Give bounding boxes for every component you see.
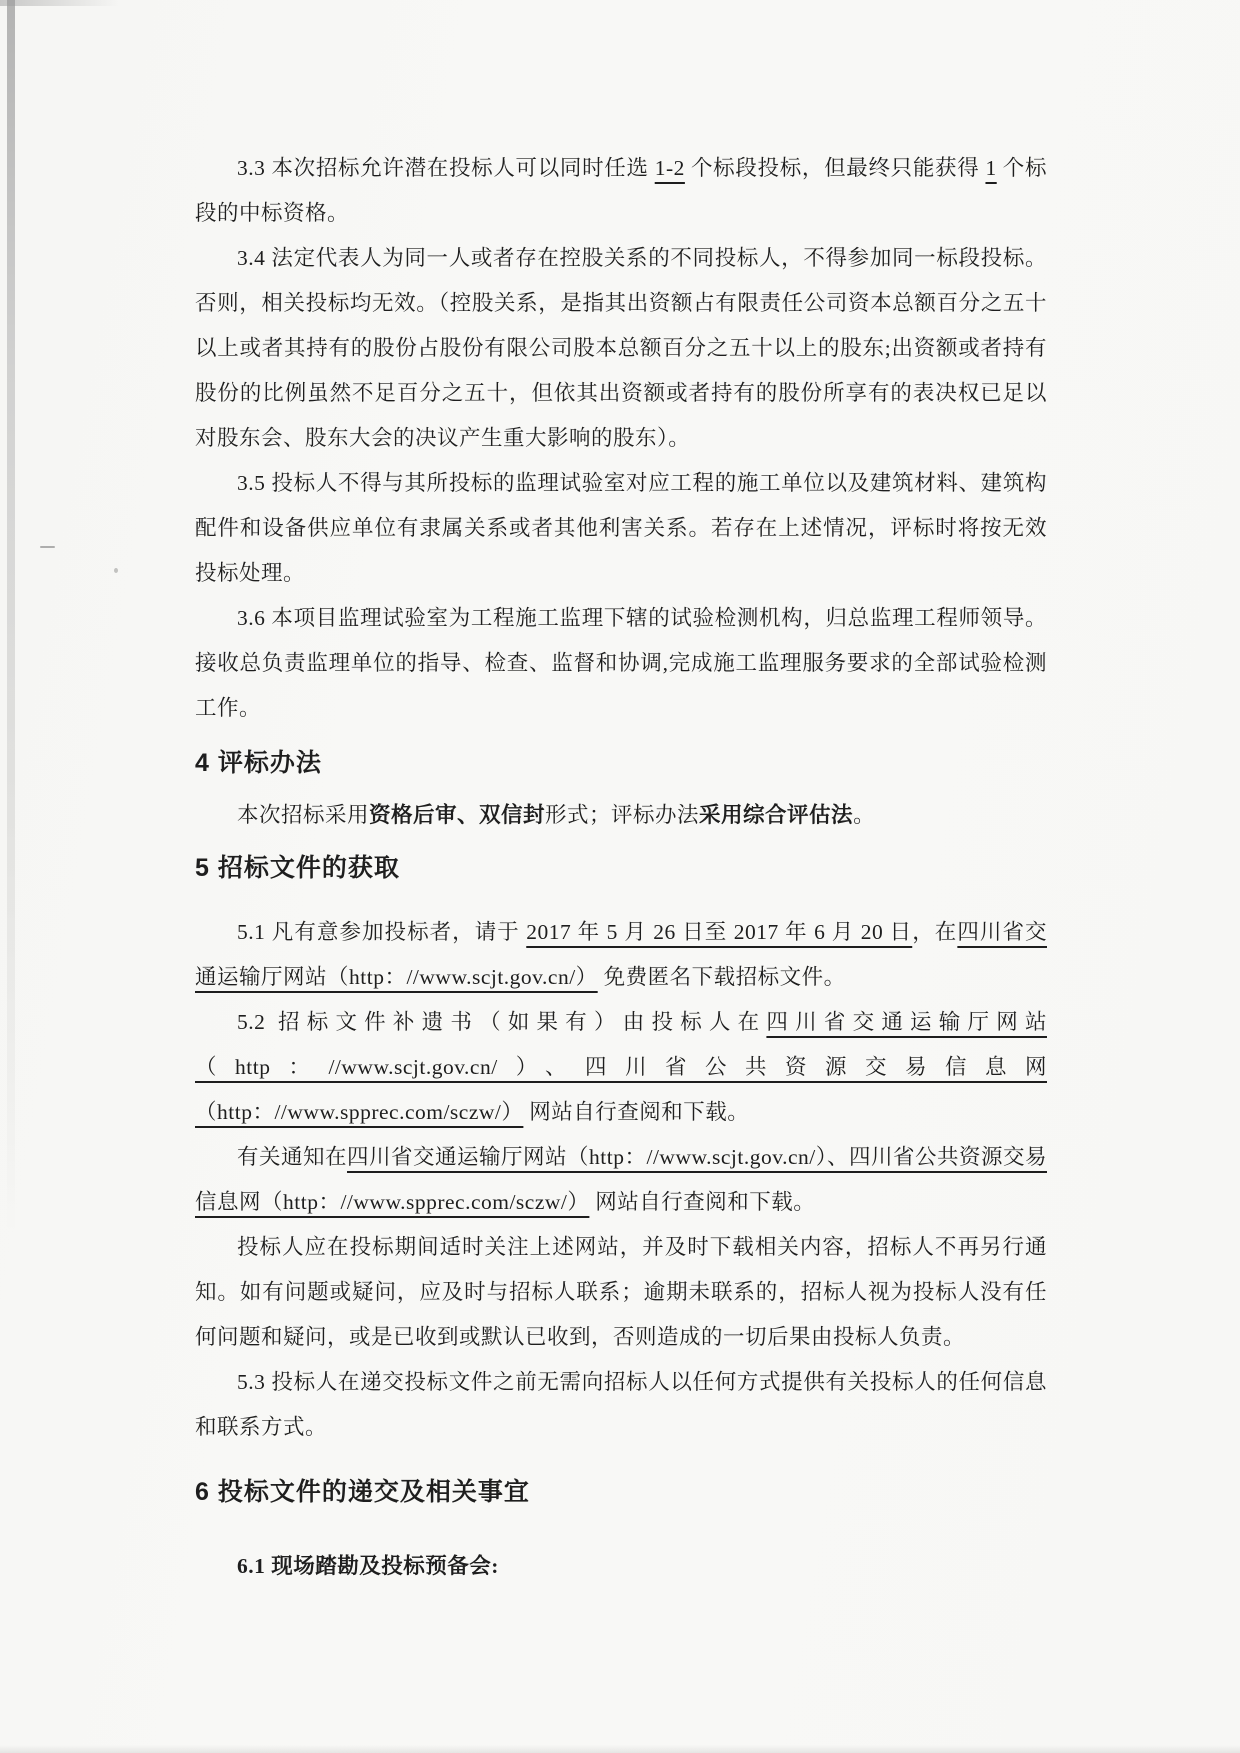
bold-text: 6.1 现场踏勘及投标预备会: [237, 1554, 499, 1578]
text-run: 3.4 法定代表人为同一人或者存在控股关系的不同投标人，不得参加同一标段投标。否… [195, 246, 1047, 450]
text-run: 有关通知在 [237, 1145, 347, 1169]
text-run: 3.3 本次招标允许潜在投标人可以同时任选 [237, 156, 655, 180]
content-column: 3.3 本次招标允许潜在投标人可以同时任选 1-2 个标段投标，但最终只能获得 … [195, 146, 1047, 1589]
para-3-3: 3.3 本次招标允许潜在投标人可以同时任选 1-2 个标段投标，但最终只能获得 … [195, 146, 1047, 236]
scan-edge-shadow-left [7, 0, 15, 1230]
para-5-2: 5.2 招标文件补遗书（如果有）由投标人在四川省交通运输厅网站（http：//w… [195, 1000, 1047, 1135]
text-run: 网站自行查阅和下载。 [523, 1100, 749, 1124]
scan-edge-shadow-bottom [0, 1745, 1240, 1753]
para-site-notice: 有关通知在四川省交通运输厅网站（http：//www.scjt.gov.cn/）… [195, 1135, 1047, 1225]
para-attention: 投标人应在投标期间适时关注上述网站，并及时下载相关内容，招标人不再另行通知。如有… [195, 1225, 1047, 1360]
para-5-1: 5.1 凡有意参加投标者，请于 2017 年 5 月 26 日至 2017 年 … [195, 910, 1047, 1000]
heading-evaluation: 4 评标办法 [195, 747, 1047, 779]
text-run: 3.5 投标人不得与其所投标的监理试验室对应工程的施工单位以及建筑材料、建筑构配… [195, 471, 1047, 585]
text-run: 5.2 招标文件补遗书（如果有）由投标人在 [237, 1010, 766, 1034]
para-3-4: 3.4 法定代表人为同一人或者存在控股关系的不同投标人，不得参加同一标段投标。否… [195, 236, 1047, 461]
text-run: 个标段投标，但最终只能获得 [685, 156, 986, 180]
text-run: 3.6 本项目监理试验室为工程施工监理下辖的试验检测机构，归总监理工程师领导。接… [195, 606, 1047, 720]
scan-artifact-speck [114, 568, 118, 573]
para-6-1: 6.1 现场踏勘及投标预备会: [195, 1544, 1047, 1589]
text-run: 免费匿名下载招标文件。 [598, 965, 846, 989]
para-5-3: 5.3 投标人在递交投标文件之前无需向招标人以任何方式提供有关投标人的任何信息和… [195, 1360, 1047, 1450]
text-run: 5.3 投标人在递交投标文件之前无需向招标人以任何方式提供有关投标人的任何信息和… [195, 1370, 1047, 1439]
bold-text: 采用综合评估法 [699, 803, 853, 827]
underlined-text: 1 [985, 156, 996, 180]
para-3-6: 3.6 本项目监理试验室为工程施工监理下辖的试验检测机构，归总监理工程师领导。接… [195, 596, 1047, 731]
text-run: ，在 [912, 920, 957, 944]
scan-artifact-dash [40, 546, 55, 548]
heading-submission: 6 投标文件的递交及相关事宜 [195, 1476, 1047, 1508]
underlined-text: 1-2 [655, 156, 685, 180]
text-run: 。 [853, 803, 875, 827]
text-run: 网站自行查阅和下载。 [589, 1190, 815, 1214]
heading-bid-docs: 5 招标文件的获取 [195, 852, 1047, 884]
para-3-5: 3.5 投标人不得与其所投标的监理试验室对应工程的施工单位以及建筑材料、建筑构配… [195, 461, 1047, 596]
text-run: 投标人应在投标期间适时关注上述网站，并及时下载相关内容，招标人不再另行通知。如有… [195, 1235, 1047, 1349]
text-run: 5.1 凡有意参加投标者，请于 [237, 920, 526, 944]
text-run: 形式；评标办法 [545, 803, 699, 827]
underlined-text: 2017 年 5 月 26 日至 2017 年 6 月 20 日 [526, 920, 912, 944]
document-page: 3.3 本次招标允许潜在投标人可以同时任选 1-2 个标段投标，但最终只能获得 … [0, 0, 1240, 1753]
text-run: 本次招标采用 [237, 803, 369, 827]
para-evaluation-method: 本次招标采用资格后审、双信封形式；评标办法采用综合评估法。 [195, 793, 1047, 838]
bold-text: 资格后审、双信封 [369, 803, 545, 827]
scan-edge-shadow-top [0, 0, 120, 6]
